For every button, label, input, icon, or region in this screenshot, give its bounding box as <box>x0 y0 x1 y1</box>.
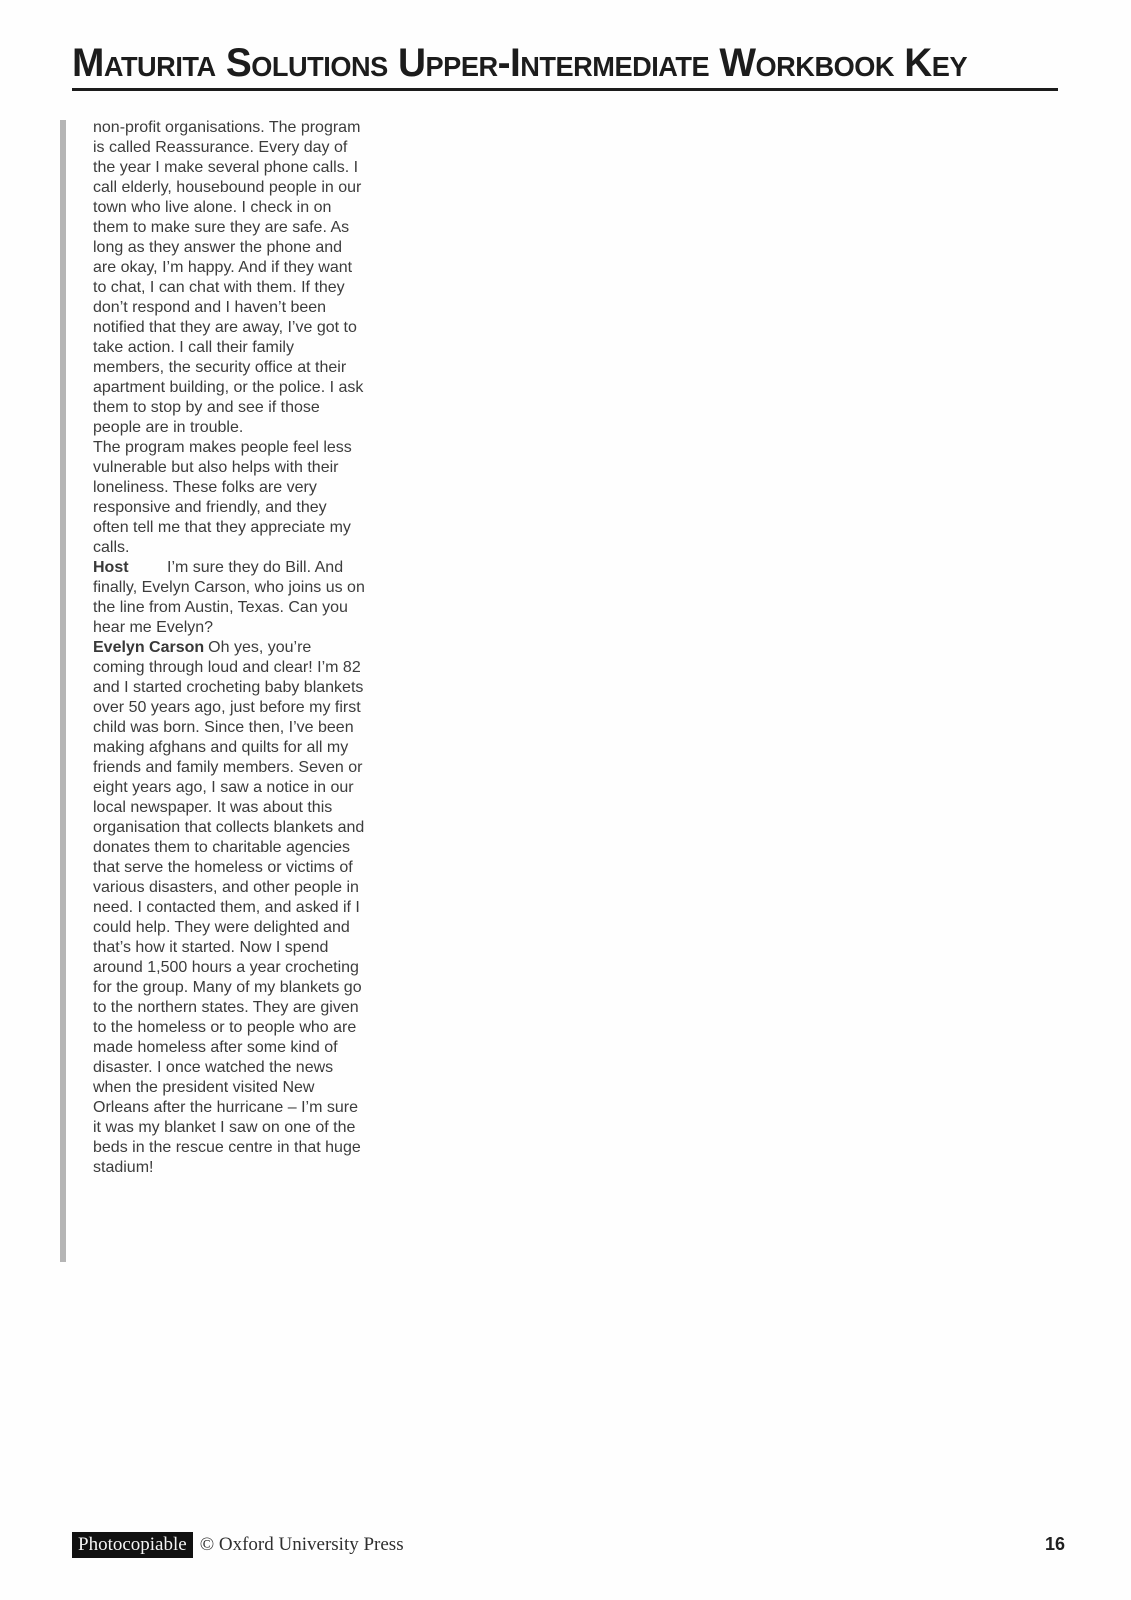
speech: Evelyn CarsonOh yes, you’re coming throu… <box>93 638 365 1178</box>
workbook-page: Maturita Solutions Upper-Intermediate Wo… <box>0 0 1131 1600</box>
page-title: Maturita Solutions Upper-Intermediate Wo… <box>72 40 1032 86</box>
copyright-text: © Oxford University Press <box>200 1534 404 1556</box>
photocopiable-badge: Photocopiable <box>72 1532 193 1558</box>
speech: non-profit organisations. The program is… <box>93 118 365 438</box>
transcript-side-bar <box>60 120 66 1262</box>
page-header: Maturita Solutions Upper-Intermediate Wo… <box>72 40 1062 86</box>
speaker-label: Host <box>93 558 163 578</box>
speaker-label: Evelyn Carson <box>93 638 204 658</box>
speech: The program makes people feel less vulne… <box>93 438 365 558</box>
footer-left: Photocopiable © Oxford University Press <box>72 1532 404 1558</box>
header-rule <box>72 88 1058 91</box>
transcript-column: non-profit organisations. The program is… <box>93 118 365 1178</box>
page-footer: Photocopiable © Oxford University Press … <box>72 1532 1065 1558</box>
page-number: 16 <box>1045 1534 1065 1555</box>
speech: HostI’m sure they do Bill. And finally, … <box>93 558 365 638</box>
